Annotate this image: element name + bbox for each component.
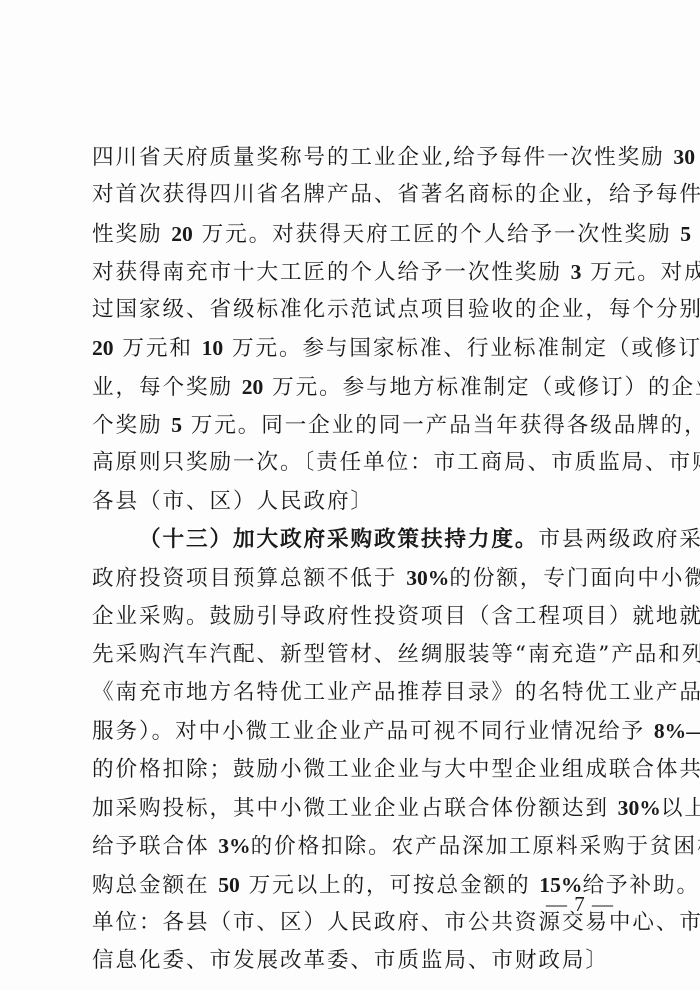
text-run: 万元。对获得天府工匠的个人给予一次性奖励 — [193, 222, 680, 247]
text-run: 高原则只奖励一次。〔责任单位：市工商局、市质监局、市财政局、 — [92, 450, 700, 475]
text-run: 万元以上的，可按总金额的 — [240, 873, 539, 898]
text-run: 性奖励 — [92, 222, 171, 247]
text-run: 万元。参与国家标准、行业标准制定（或修订）的企 — [223, 336, 700, 361]
bold-number: 3% — [218, 834, 250, 858]
text-run: 以上的可 — [661, 796, 700, 821]
text-line: 对获得南充市十大工匠的个人给予一次性奖励 3 万元。对成功通 — [92, 253, 614, 291]
bold-number: 20 — [242, 375, 264, 399]
body-text: 四川省天府质量奖称号的工业企业,给予每件一次性奖励 30 万元;对首次获得四川省… — [92, 138, 614, 981]
text-line: 购总金额在 50 万元以上的，可按总金额的 15%给予补助。〔责任 — [92, 866, 614, 904]
text-run: 业，每个奖励 — [92, 375, 242, 400]
bold-number: 30% — [406, 566, 449, 590]
text-line: 四川省天府质量奖称号的工业企业,给予每件一次性奖励 30 万元; — [92, 138, 614, 176]
text-line: 对首次获得四川省名牌产品、省著名商标的企业，给予每件一次 — [92, 176, 614, 214]
text-run: 的价格扣除；鼓励小微工业企业与大中型企业组成联合体共同参 — [92, 757, 700, 782]
text-line: 性奖励 20 万元。对获得天府工匠的个人给予一次性奖励 5 万元; — [92, 215, 614, 253]
text-line: 先采购汽车汽配、新型管材、丝绸服装等“南充造”产品和列入 — [92, 636, 614, 674]
text-line: 《南充市地方名特优工业产品推荐目录》的名特优工业产品（含 — [92, 674, 614, 712]
bold-number: 5 — [171, 413, 182, 437]
text-line: 的价格扣除；鼓励小微工业企业与大中型企业组成联合体共同参 — [92, 751, 614, 789]
text-run: 万元; — [695, 145, 700, 170]
text-run: 万元; — [691, 222, 700, 247]
text-line: 20 万元和 10 万元。参与国家标准、行业标准制定（或修订）的企 — [92, 329, 614, 367]
text-run: 万元和 — [114, 336, 202, 361]
section-heading: （十三）加大政府采购政策扶持力度。 — [139, 527, 538, 552]
text-run: 市县两级政府采购和 — [538, 527, 700, 552]
text-run: 对获得南充市十大工匠的个人给予一次性奖励 — [92, 260, 571, 285]
bold-number: 30% — [618, 796, 661, 820]
bold-number: 20 — [171, 222, 193, 246]
text-run: 过国家级、省级标准化示范试点项目验收的企业，每个分别奖励 — [92, 297, 700, 322]
text-line: 信息化委、市发展改革委、市质监局、市财政局〕 — [92, 942, 614, 980]
text-run: 四川省天府质量奖称号的工业企业,给予每件一次性奖励 — [92, 145, 673, 170]
text-run: 万元。同一企业的同一产品当年获得各级品牌的，以就 — [182, 413, 700, 438]
text-run: 给予联合体 — [92, 834, 218, 859]
bold-number: 3 — [571, 260, 582, 284]
text-run: 购总金额在 — [92, 873, 218, 898]
text-run: 万元。参与地方标准制定（或修订）的企业，每 — [263, 375, 700, 400]
bold-number: 10 — [202, 336, 224, 360]
text-line: 企业采购。鼓励引导政府性投资项目（含工程项目）就地就近优 — [92, 598, 614, 636]
document-page: 四川省天府质量奖称号的工业企业,给予每件一次性奖励 30 万元;对首次获得四川省… — [0, 0, 700, 990]
text-run: 的价格扣除。农产品深加工原料采购于贫困村，采 — [251, 834, 700, 859]
text-line: 加采购投标，其中小微工业企业占联合体份额达到 30%以上的可 — [92, 789, 614, 827]
text-line: 业，每个奖励 20 万元。参与地方标准制定（或修订）的企业，每 — [92, 368, 614, 406]
text-run: 服务）。对中小微工业企业产品可视不同行业情况给予 — [92, 719, 654, 744]
bold-number: 30 — [673, 145, 695, 169]
text-run: 对首次获得四川省名牌产品、省著名商标的企业，给予每件一次 — [92, 182, 700, 207]
text-run: 政府投资项目预算总额不低于 — [92, 566, 406, 591]
bold-number: 5 — [680, 222, 691, 246]
text-line: 个奖励 5 万元。同一企业的同一产品当年获得各级品牌的，以就 — [92, 406, 614, 444]
text-run: 的份额，专门面向中小微工业 — [449, 566, 700, 591]
text-line: 高原则只奖励一次。〔责任单位：市工商局、市质监局、市财政局、 — [92, 444, 614, 482]
text-line: 服务）。对中小微工业企业产品可视不同行业情况给予 8%—10% — [92, 712, 614, 750]
text-line: 单位：各县（市、区）人民政府、市公共资源交易中心、市经济 — [92, 904, 614, 942]
text-run: 《南充市地方名特优工业产品推荐目录》的名特优工业产品（含 — [92, 680, 700, 705]
text-line: 政府投资项目预算总额不低于 30%的份额，专门面向中小微工业 — [92, 559, 614, 597]
text-run: 个奖励 — [92, 413, 171, 438]
text-line: 给予联合体 3%的价格扣除。农产品深加工原料采购于贫困村，采 — [92, 827, 614, 865]
text-run: 万元。对成功通 — [581, 260, 700, 285]
bold-number: 20 — [92, 336, 114, 360]
page-number: — 7 — — [546, 892, 614, 917]
text-run: 企业采购。鼓励引导政府性投资项目（含工程项目）就地就近优 — [92, 604, 700, 629]
text-run: 信息化委、市发展改革委、市质监局、市财政局〕 — [92, 948, 609, 973]
section-heading-line: （十三）加大政府采购政策扶持力度。市县两级政府采购和 — [92, 521, 614, 559]
text-line: 过国家级、省级标准化示范试点项目验收的企业，每个分别奖励 — [92, 291, 614, 329]
text-run: 各县（市、区）人民政府〕 — [92, 489, 374, 514]
text-line: 各县（市、区）人民政府〕 — [92, 483, 614, 521]
bold-number: 50 — [218, 873, 240, 897]
text-run: 先采购汽车汽配、新型管材、丝绸服装等“南充造”产品和列入 — [92, 642, 700, 667]
bold-number: 8%—10% — [654, 719, 700, 743]
text-run: 加采购投标，其中小微工业企业占联合体份额达到 — [92, 796, 618, 821]
